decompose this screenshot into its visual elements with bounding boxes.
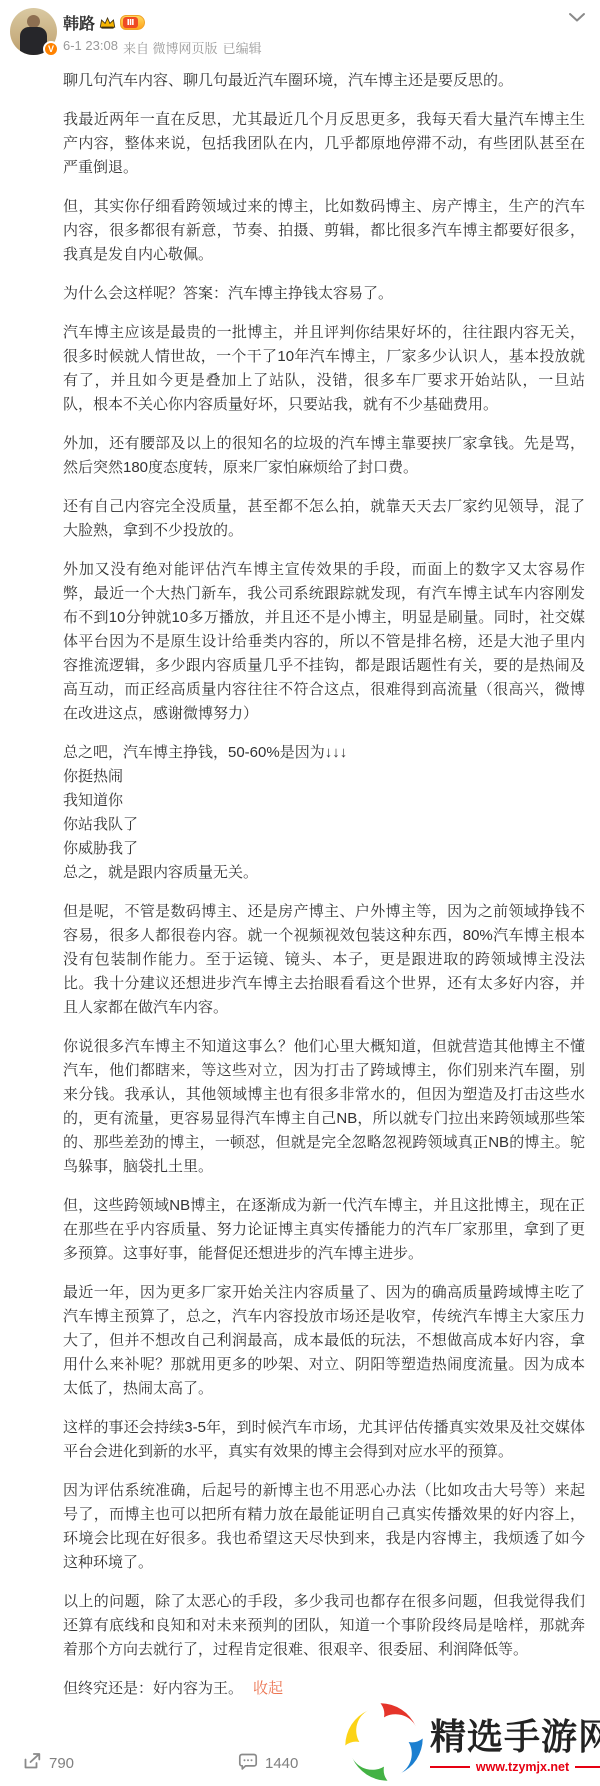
comment-count: 1440 — [265, 1755, 298, 1772]
watermark-site-name: 精选手游网 — [430, 1715, 600, 1758]
post-time: 6-1 23:08 — [63, 38, 118, 57]
avatar[interactable]: V — [10, 8, 57, 55]
repost-icon — [22, 1752, 42, 1775]
post-paragraph: 外加又没有绝对能评估汽车博主宣传效果的手段，而面上的数字又太容易作弊，最近一个大… — [63, 558, 585, 726]
watermark-url: www.tzymjx.net — [470, 1760, 575, 1774]
crown-icon — [99, 16, 116, 30]
username[interactable]: 韩路 — [63, 11, 95, 34]
verified-v-icon: V — [43, 41, 59, 57]
post-paragraph: 这样的事还会持续3-5年，到时候汽车市场，尤其评估传播真实效果及社交媒体平台会进… — [63, 1416, 585, 1464]
post-paragraph: 以上的问题，除了太恶心的手段，多少我司也都存在很多问题，但我觉得我们还算有底线和… — [63, 1590, 585, 1662]
vip-level-badge: Ⅲ — [120, 15, 145, 30]
post-paragraph: 因为评估系统准确，后起号的新博主也不用恶心办法（比如攻击大号等）来起号了，而博主… — [63, 1479, 585, 1575]
post-edited-flag: 已编辑 — [223, 38, 262, 57]
pinwheel-logo-icon — [340, 1698, 428, 1786]
post-paragraph: 但，其实你仔细看跨领域过来的博主，比如数码博主、房产博主，生产的汽车内容，很多都… — [63, 195, 585, 267]
post-header: V 韩路 Ⅲ 6-1 23:08 来自 微博网页版 已编辑 — [0, 0, 600, 57]
post-paragraph: 总之吧，汽车博主挣钱，50-60%是因为↓↓↓ 你挺热闹 我知道你 你站我队了 … — [63, 741, 585, 885]
repost-button[interactable]: 790 — [22, 1752, 74, 1775]
header-info: 韩路 Ⅲ 6-1 23:08 来自 微博网页版 已编辑 — [63, 8, 262, 57]
post-meta: 6-1 23:08 来自 微博网页版 已编辑 — [63, 38, 262, 57]
chevron-down-icon[interactable] — [568, 10, 586, 28]
comment-button[interactable]: 1440 — [238, 1752, 298, 1775]
post-paragraph: 最近一年，因为更多厂家开始关注内容质量了、因为的确高质量跨域博主吃了汽车博主预算… — [63, 1281, 585, 1401]
post-source: 来自 微博网页版 — [123, 38, 218, 57]
post-paragraph: 还有自己内容完全没质量，甚至都不怎么拍，就靠天天去厂家约见领导，混了大脸熟，拿到… — [63, 495, 585, 543]
weibo-post-page: V 韩路 Ⅲ 6-1 23:08 来自 微博网页版 已编辑 — [0, 0, 600, 1786]
watermark-text: 精选手游网 www.tzymjx.net — [430, 1715, 600, 1774]
collapse-link[interactable]: 收起 — [253, 1680, 283, 1697]
post-paragraph: 但，这些跨领域NB博主，在逐渐成为新一代汽车博主，并且这批博主，现在正在那些在乎… — [63, 1194, 585, 1266]
watermark: 精选手游网 www.tzymjx.net — [340, 1698, 600, 1786]
comment-icon — [238, 1752, 258, 1775]
repost-count: 790 — [49, 1755, 74, 1772]
post-paragraph: 你说很多汽车博主不知道这事么？他们心里大概知道，但就营造其他博主不懂汽车，他们都… — [63, 1035, 585, 1179]
post-paragraph: 但是呢，不管是数码博主、还是房产博主、户外博主等，因为之前领域挣钱不容易，很多人… — [63, 900, 585, 1020]
post-paragraph: 聊几句汽车内容、聊几句最近汽车圈环境，汽车博主还是要反思的。 — [63, 69, 585, 93]
watermark-url-row: www.tzymjx.net — [430, 1760, 600, 1774]
post-paragraph: 我最近两年一直在反思，尤其最近几个月反思更多，我每天看大量汽车博主生产内容，整体… — [63, 108, 585, 180]
closing-text: 但终究还是：好内容为王。 — [63, 1680, 243, 1697]
post-paragraph: 汽车博主应该是最贵的一批博主，并且评判你结果好坏的，往往跟内容无关，很多时候就人… — [63, 321, 585, 417]
vip-level-label: Ⅲ — [123, 17, 138, 28]
post-paragraphs: 聊几句汽车内容、聊几句最近汽车圈环境，汽车博主还是要反思的。我最近两年一直在反思… — [63, 69, 585, 1662]
post-paragraph: 外加，还有腰部及以上的很知名的垃圾的汽车博主靠要挟厂家拿钱。先是骂，然后突然18… — [63, 432, 585, 480]
post-paragraph: 为什么会这样呢？答案：汽车博主挣钱太容易了。 — [63, 282, 585, 306]
post-content: 聊几句汽车内容、聊几句最近汽车圈环境，汽车博主还是要反思的。我最近两年一直在反思… — [63, 69, 585, 1701]
